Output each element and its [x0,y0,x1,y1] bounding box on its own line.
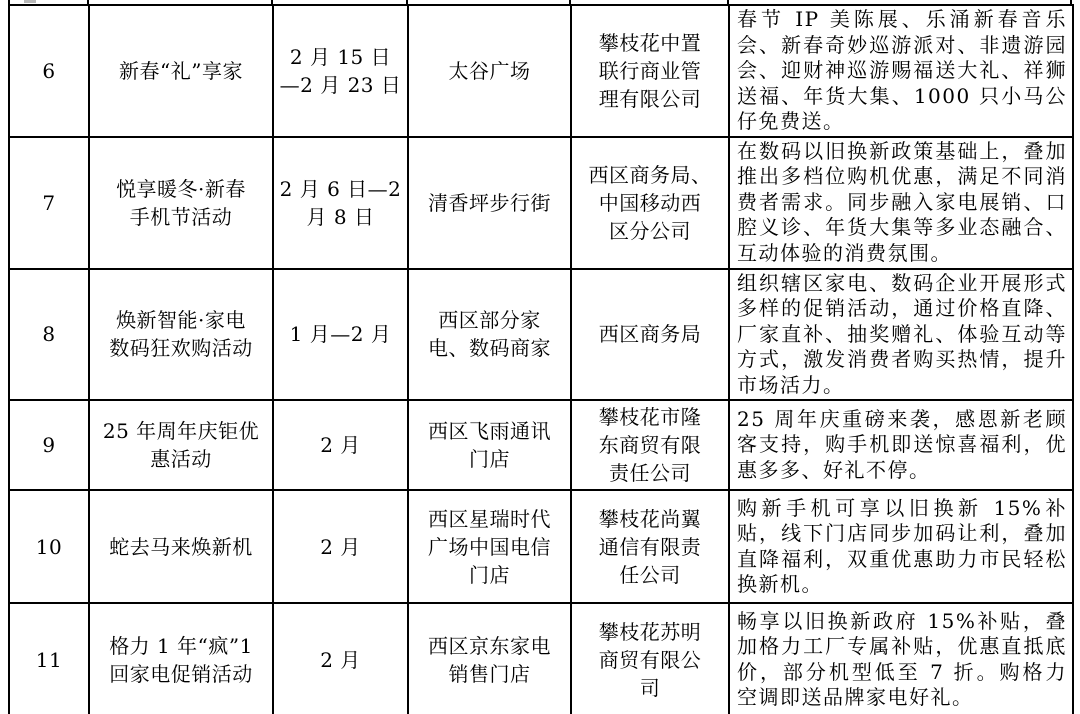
cell-activity-index: 10 [9,490,89,603]
cell-activity-name: 悦享暖冬·新春 手机节活动 [89,137,273,269]
cell-activity-description: 畅享以旧换新政府 15%补贴，叠加格力工厂专属补贴，优惠直抵底价，部分机型低至 … [729,603,1073,714]
cell-activity-index: 11 [9,603,89,714]
cell-activity-index: 8 [9,269,89,401]
promotions-table: 6 新春“礼”享家 2 月 15 日 —2 月 23 日 太谷广场 攀枝花中置 … [8,4,1074,714]
table-row: 10 蛇去马来焕新机 2 月 西区星瑞时代 广场中国电信 门店 攀枝花尚翼 通信… [9,490,1073,603]
cell-activity-name: 新春“礼”享家 [89,5,273,137]
scan-artifact [24,0,36,3]
table-row: 8 焕新智能·家电 数码狂欢购活动 1 月—2 月 西区部分家 电、数码商家 西… [9,269,1073,401]
cell-activity-date: 2 月 6 日—2 月 8 日 [273,137,408,269]
cell-activity-index: 7 [9,137,89,269]
cell-activity-location: 太谷广场 [408,5,571,137]
document-page: 6 新春“礼”享家 2 月 15 日 —2 月 23 日 太谷广场 攀枝花中置 … [0,0,1080,714]
cell-activity-description: 在数码以旧换新政策基础上，叠加推出多档位购机优惠，满足不同消费者需求。同步融入家… [729,137,1073,269]
cell-activity-location: 清香坪步行街 [408,137,571,269]
cell-activity-location: 西区京东家电 销售门店 [408,603,571,714]
cell-activity-date: 2 月 [273,490,408,603]
cell-activity-description: 购新手机可享以旧换新 15%补贴，线下门店同步加码让利，叠加直降福利，双重优惠助… [729,490,1073,603]
cell-activity-location: 西区飞雨通讯 门店 [408,400,571,490]
cell-activity-name: 焕新智能·家电 数码狂欢购活动 [89,269,273,401]
cell-activity-organizer: 攀枝花苏明 商贸有限公 司 [571,603,729,714]
cell-activity-description: 春节 IP 美陈展、乐涌新春音乐会、新春奇妙巡游派对、非遗游园会、迎财神巡游赐福… [729,5,1073,137]
cell-activity-name: 蛇去马来焕新机 [89,490,273,603]
cell-activity-name: 25 年周年庆钜优 惠活动 [89,400,273,490]
table-row: 6 新春“礼”享家 2 月 15 日 —2 月 23 日 太谷广场 攀枝花中置 … [9,5,1073,137]
cell-activity-organizer: 西区商务局 [571,269,729,401]
cell-activity-description: 组织辖区家电、数码企业开展形式多样的促销活动，通过价格直降、厂家直补、抽奖赠礼、… [729,269,1073,401]
cell-activity-name: 格力 1 年“疯”1 回家电促销活动 [89,603,273,714]
cell-activity-date: 1 月—2 月 [273,269,408,401]
table-row: 9 25 年周年庆钜优 惠活动 2 月 西区飞雨通讯 门店 攀枝花市隆 东商贸有… [9,400,1073,490]
cell-activity-organizer: 攀枝花市隆 东商贸有限 责任公司 [571,400,729,490]
cell-activity-date: 2 月 [273,400,408,490]
cell-activity-date: 2 月 [273,603,408,714]
cell-activity-organizer: 攀枝花尚翼 通信有限责 任公司 [571,490,729,603]
cell-activity-organizer: 攀枝花中置 联行商业管 理有限公司 [571,5,729,137]
cell-activity-index: 6 [9,5,89,137]
cell-activity-organizer: 西区商务局、 中国移动西 区分公司 [571,137,729,269]
cell-activity-description: 25 周年庆重磅来袭，感恩新老顾客支持，购手机即送惊喜福利，优惠多多、好礼不停。 [729,400,1073,490]
cell-activity-location: 西区部分家 电、数码商家 [408,269,571,401]
table-row: 7 悦享暖冬·新春 手机节活动 2 月 6 日—2 月 8 日 清香坪步行街 西… [9,137,1073,269]
table-row: 11 格力 1 年“疯”1 回家电促销活动 2 月 西区京东家电 销售门店 攀枝… [9,603,1073,714]
cell-activity-location: 西区星瑞时代 广场中国电信 门店 [408,490,571,603]
cell-activity-date: 2 月 15 日 —2 月 23 日 [273,5,408,137]
cell-activity-index: 9 [9,400,89,490]
